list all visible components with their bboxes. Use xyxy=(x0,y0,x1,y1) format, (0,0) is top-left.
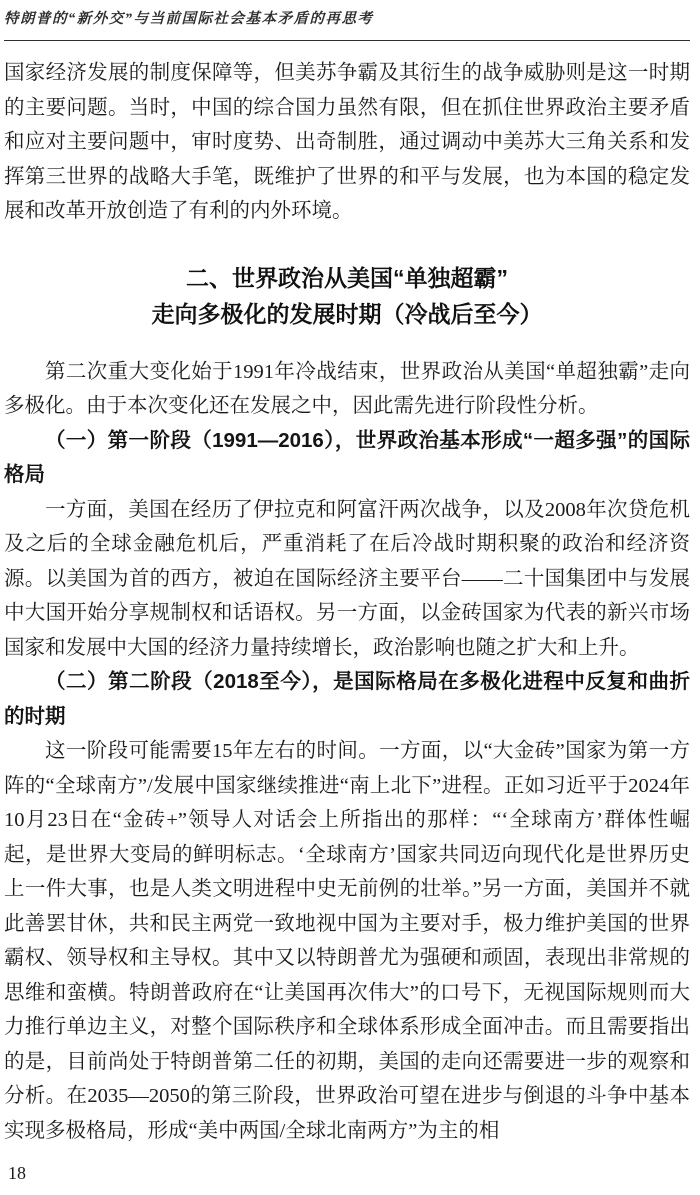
section-heading-line2: 走向多极化的发展时期（冷战后至今） xyxy=(4,296,690,332)
paragraph: 这一阶段可能需要15年左右的时间。一方面，以“大金砖”国家为第一方阵的“全球南方… xyxy=(4,734,690,1148)
page-number: 18 xyxy=(8,1162,26,1184)
document-page: 特朗普的“新外交”与当前国际社会基本矛盾的再思考 国家经济发展的制度保障等，但美… xyxy=(0,0,700,1195)
header-rule xyxy=(4,40,690,41)
paragraph: 第二次重大变化始于1991年冷战结束，世界政治从美国“单超独霸”走向多极化。由于… xyxy=(4,355,690,424)
running-header: 特朗普的“新外交”与当前国际社会基本矛盾的再思考 xyxy=(4,9,690,30)
section-heading-line1: 二、世界政治从美国“单独超霸” xyxy=(4,260,690,296)
running-header-text: 特朗普的“新外交”与当前国际社会基本矛盾的再思考 xyxy=(4,11,374,27)
subheading-stage-one: （一）第一阶段（1991—2016），世界政治基本形成“一超多强”的国际格局 xyxy=(4,424,690,493)
section-heading: 二、世界政治从美国“单独超霸” 走向多极化的发展时期（冷战后至今） xyxy=(4,260,690,332)
paragraph-continuation: 国家经济发展的制度保障等，但美苏争霸及其衍生的战争威胁则是这一时期的主要问题。当… xyxy=(4,56,690,229)
paragraph: 一方面，美国在经历了伊拉克和阿富汗两次战争，以及2008年次贷危机及之后的全球金… xyxy=(4,493,690,666)
subheading-stage-two: （二）第二阶段（2018至今），是国际格局在多极化进程中反复和曲折的时期 xyxy=(4,665,690,734)
page-body: 国家经济发展的制度保障等，但美苏争霸及其衍生的战争威胁则是这一时期的主要问题。当… xyxy=(4,56,690,1148)
